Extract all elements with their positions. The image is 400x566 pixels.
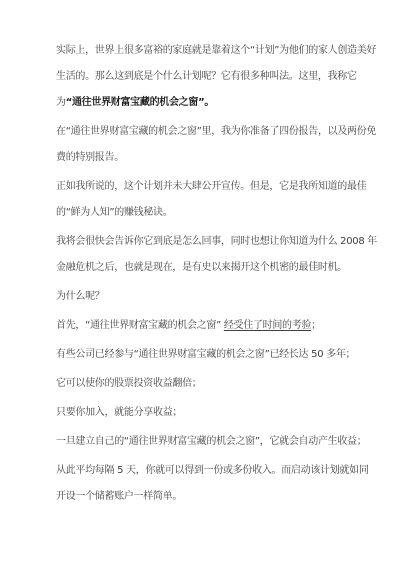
paragraph: 有些公司已经参与“通往世界财富宝藏的机会之窗”已经长达 50 多年； [56, 342, 378, 368]
body-text: 它可以使你的股票投资收益翻倍； [56, 378, 202, 389]
paragraph: 在“通往世界财富宝藏的机会之窗”里，我为你准备了四份报告，以及两份免费的特别报告… [56, 119, 378, 171]
document-page: 实际上，世界上很多富裕的家庭就是靠着这个“计划”为他们的家人创造美好生活的。那么… [0, 0, 400, 566]
bold-text: “通往世界财富宝藏的机会之窗”。 [66, 97, 214, 108]
paragraph: 正如我所说的，这个计划并未大肆公开宣传。但是，它是我所知道的最佳的“鲜为人知”的… [56, 174, 378, 226]
body-text: 从此平均每隔 5 天，你就可以得到一份或多份收入。而启动该计划就如同开设一个储蓄… [56, 465, 369, 502]
paragraph: 从此平均每隔 5 天，你就可以得到一份或多份收入。而启动该计划就如同开设一个储蓄… [56, 458, 378, 510]
body-text: 有些公司已经参与“通往世界财富宝藏的机会之窗”已经长达 50 多年； [56, 349, 355, 360]
body-text: 为什么呢？ [56, 291, 105, 302]
body-text: 只要你加入，就能分享收益； [56, 407, 182, 418]
document-body: 实际上，世界上很多富裕的家庭就是靠着这个“计划”为他们的家人创造美好生活的。那么… [56, 38, 378, 510]
body-text: ； [311, 320, 321, 331]
paragraph: 为什么呢？ [56, 284, 378, 310]
body-text: 在“通往世界财富宝藏的机会之窗”里，我为你准备了四份报告，以及两份免费的特别报告… [56, 126, 376, 163]
paragraph: 我将会很快会告诉你它到底是怎么回事，同时也想让你知道为什么 2008 年金融危机… [56, 229, 378, 281]
paragraph: 它可以使你的股票投资收益翻倍； [56, 371, 378, 397]
paragraph: 首先，“通往世界财富宝藏的机会之窗” 经受住了时间的考验； [56, 313, 378, 339]
paragraph: 只要你加入，就能分享收益； [56, 400, 378, 426]
body-text: 我将会很快会告诉你它到底是怎么回事，同时也想让你知道为什么 2008 年金融危机… [56, 236, 377, 273]
body-text: 首先，“通往世界财富宝藏的机会之窗” [56, 320, 224, 331]
body-text: 正如我所说的，这个计划并未大肆公开宣传。但是，它是我所知道的最佳的“鲜为人知”的… [56, 181, 366, 218]
paragraph: 一旦建立自己的“通往世界财富宝藏的机会之窗”，它就会自动产生收益； [56, 429, 378, 455]
paragraph: 实际上，世界上很多富裕的家庭就是靠着这个“计划”为他们的家人创造美好生活的。那么… [56, 38, 378, 116]
body-text: 一旦建立自己的“通往世界财富宝藏的机会之窗”，它就会自动产生收益； [56, 436, 366, 447]
underlined-text: 经受住了时间的考验 [224, 320, 311, 331]
